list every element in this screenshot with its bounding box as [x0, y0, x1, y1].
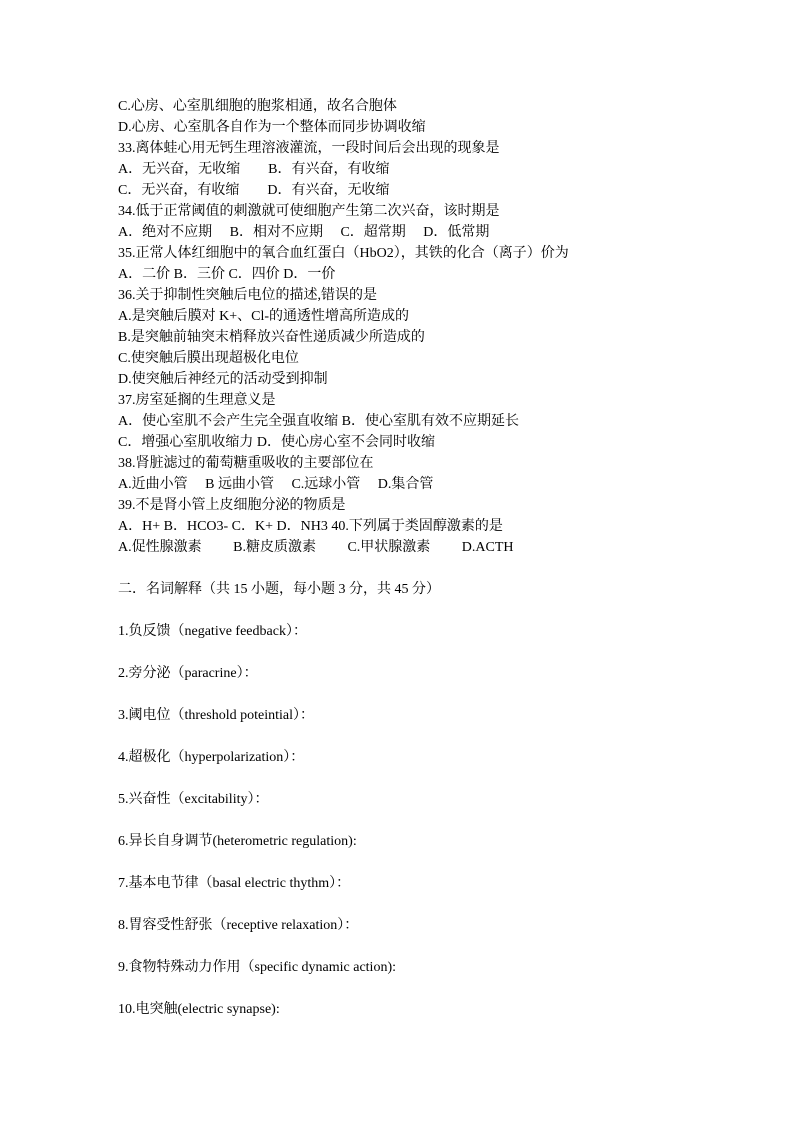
mcq-options: A．二价 B．三价 C．四价 D．一价 [118, 264, 754, 285]
glossary-item: 10.电突触(electric synapse): [118, 999, 754, 1020]
mcq-options: D.使突触后神经元的活动受到抑制 [118, 369, 754, 390]
mcq-question: 36.关于抑制性突触后电位的描述,错误的是 [118, 285, 754, 306]
mcq-line: C.心房、心室肌细胞的胞浆相通，故名合胞体 [118, 96, 754, 117]
glossary-item: 4.超极化（hyperpolarization）： [118, 747, 754, 768]
mcq-question: 37.房室延搁的生理意义是 [118, 390, 754, 411]
mcq-question: 35.正常人体红细胞中的氧合血红蛋白（HbO2），其铁的化合（离子）价为 [118, 243, 754, 264]
glossary-item: 9.食物特殊动力作用（specific dynamic action): [118, 957, 754, 978]
glossary-item: 7.基本电节律（basal electric thythm）： [118, 873, 754, 894]
mcq-line: D.心房、心室肌各自作为一个整体而同步协调收缩 [118, 117, 754, 138]
mcq-options: A.促性腺激素 B.糖皮质激素 C.甲状腺激素 D.ACTH [118, 537, 754, 558]
mcq-options: C．无兴奋，有收缩 D．有兴奋，无收缩 [118, 180, 754, 201]
mcq-options: A．使心室肌不会产生完全强直收缩 B．使心室肌有效不应期延长 [118, 411, 754, 432]
glossary-section: 1.负反馈（negative feedback）： 2.旁分泌（paracrin… [118, 621, 754, 1020]
mcq-options: C．增强心室肌收缩力 D．使心房心室不会同时收缩 [118, 432, 754, 453]
glossary-item: 5.兴奋性（excitability）： [118, 789, 754, 810]
mcq-options: A．无兴奋，无收缩 B．有兴奋，有收缩 [118, 159, 754, 180]
glossary-item: 3.阈电位（threshold poteintial）： [118, 705, 754, 726]
glossary-item: 6.异长自身调节(heterometric regulation): [118, 831, 754, 852]
exam-page: C.心房、心室肌细胞的胞浆相通，故名合胞体 D.心房、心室肌各自作为一个整体而同… [0, 0, 794, 1123]
mcq-options: A．绝对不应期 B．相对不应期 C．超常期 D．低常期 [118, 222, 754, 243]
mcq-section: C.心房、心室肌细胞的胞浆相通，故名合胞体 D.心房、心室肌各自作为一个整体而同… [118, 96, 754, 558]
glossary-item: 8.胃容受性舒张（receptive relaxation）： [118, 915, 754, 936]
mcq-question: 34.低于正常阈值的刺激就可使细胞产生第二次兴奋，该时期是 [118, 201, 754, 222]
mcq-options: C.使突触后膜出现超极化电位 [118, 348, 754, 369]
mcq-question: 38.肾脏滤过的葡萄糖重吸收的主要部位在 [118, 453, 754, 474]
mcq-options: A．H+ B．HCO3- C．K+ D．NH3 40.下列属于类固醇激素的是 [118, 516, 754, 537]
mcq-options: A.是突触后膜对 K+、Cl-的通透性增高所造成的 [118, 306, 754, 327]
mcq-options: A.近曲小管 B 远曲小管 C.远球小管 D.集合管 [118, 474, 754, 495]
glossary-item: 1.负反馈（negative feedback）： [118, 621, 754, 642]
mcq-question: 33.离体蛙心用无钙生理溶液灌流，一段时间后会出现的现象是 [118, 138, 754, 159]
glossary-item: 2.旁分泌（paracrine）： [118, 663, 754, 684]
mcq-question: 39.不是肾小管上皮细胞分泌的物质是 [118, 495, 754, 516]
section-heading: 二．名词解释（共 15 小题，每小题 3 分，共 45 分） [118, 579, 754, 600]
mcq-options: B.是突触前轴突末梢释放兴奋性递质减少所造成的 [118, 327, 754, 348]
